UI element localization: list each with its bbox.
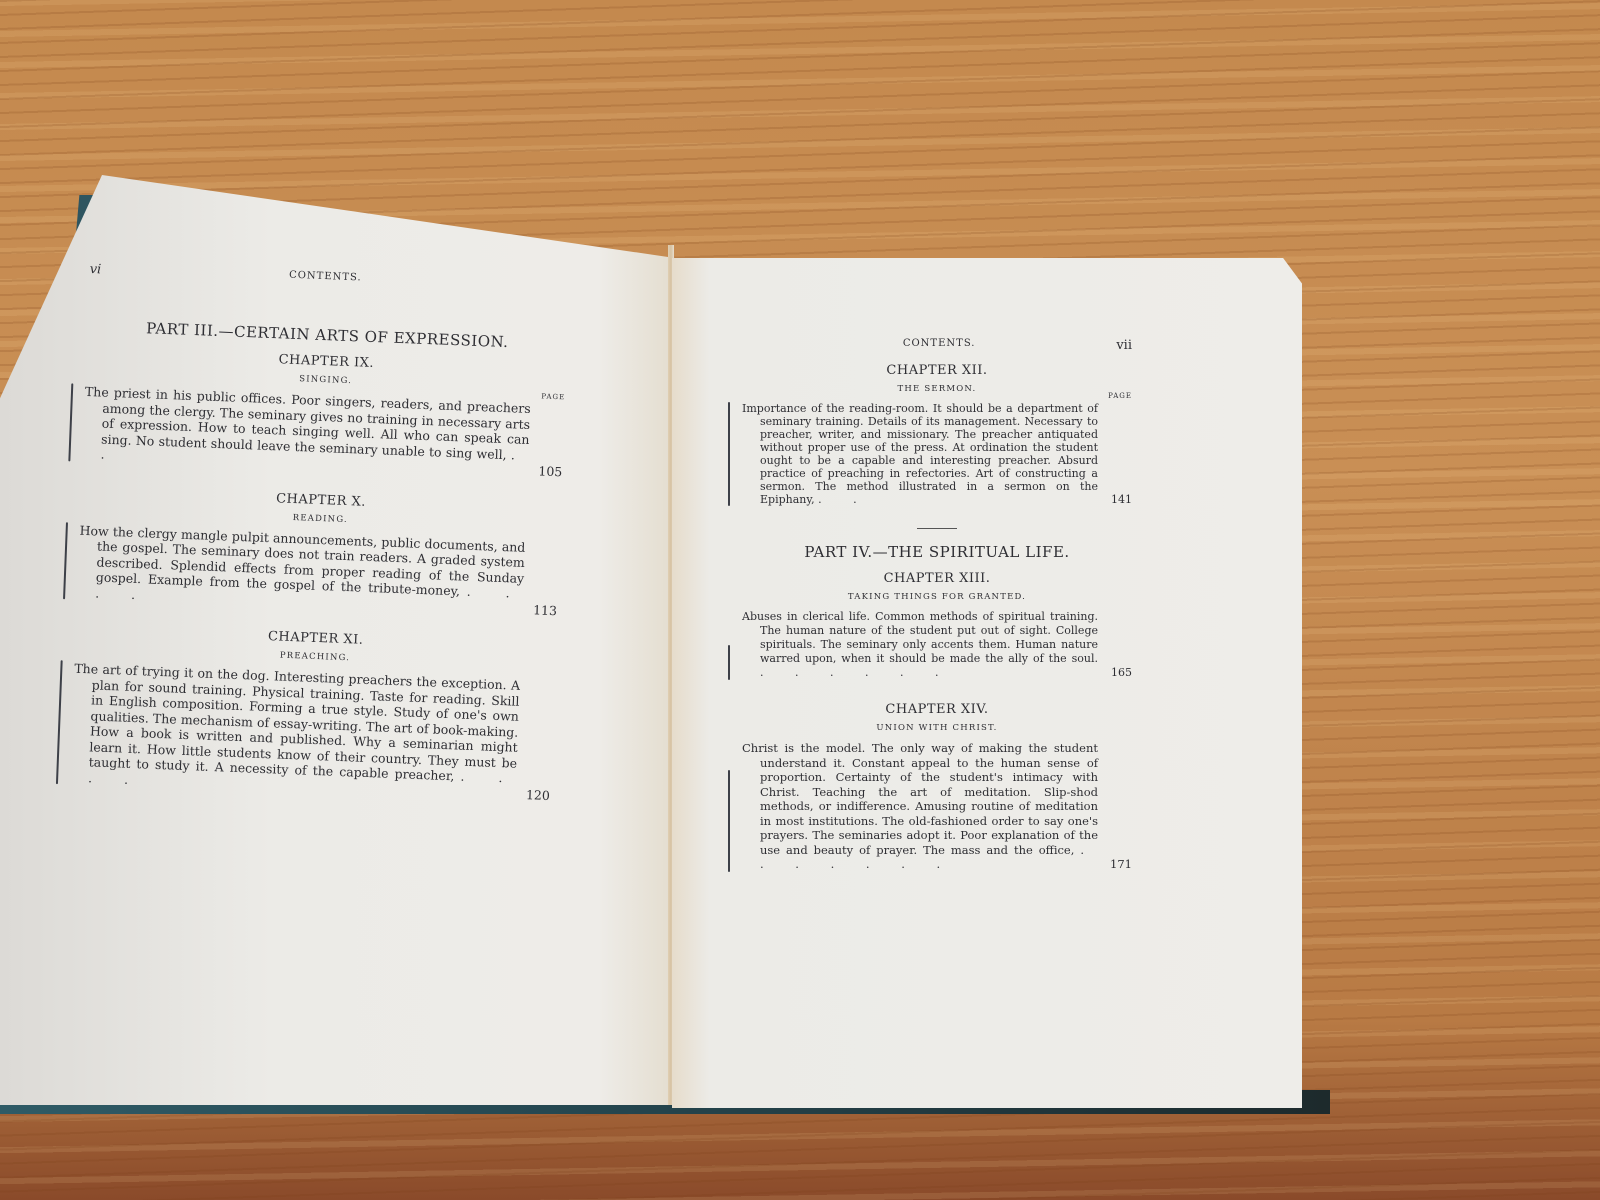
page-number: 105 bbox=[538, 463, 562, 479]
page-number: 113 bbox=[533, 602, 557, 618]
summary-text: The priest in his public offices. Poor s… bbox=[85, 384, 531, 462]
chapter-subtitle: TAKING THINGS FOR GRANTED. bbox=[742, 592, 1132, 602]
chapter-block: CHAPTER XIII. TAKING THINGS FOR GRANTED.… bbox=[742, 571, 1132, 680]
chapter-summary: Abuses in clerical life. Common methods … bbox=[742, 610, 1132, 680]
page-folio: vii bbox=[1116, 338, 1132, 353]
page-number: 141 bbox=[1111, 493, 1132, 506]
dot-leader: . . . . . . bbox=[760, 666, 952, 679]
chapter-block: CHAPTER XI. PREACHING. The art of trying… bbox=[70, 622, 556, 803]
chapter-summary: The art of trying it on the dog. Interes… bbox=[70, 661, 554, 803]
running-head: CONTENTS. vii bbox=[742, 338, 1132, 353]
chapter-summary: How the clergy mangle pulpit announcemen… bbox=[77, 522, 560, 618]
page-folio: vi bbox=[89, 262, 101, 277]
section-divider bbox=[917, 528, 957, 529]
pencil-margin-mark bbox=[728, 402, 730, 506]
chapter-number: CHAPTER XIV. bbox=[742, 702, 1132, 717]
chapter-block: CHAPTER XII. THE SERMON. PAGE Importance… bbox=[742, 363, 1132, 506]
chapter-summary: PAGE Importance of the reading-room. It … bbox=[742, 402, 1132, 506]
page-number: 120 bbox=[526, 787, 550, 803]
pencil-margin-mark bbox=[728, 770, 730, 872]
dot-leader: . . bbox=[818, 493, 871, 506]
pencil-margin-mark bbox=[728, 645, 730, 680]
right-page-content: CONTENTS. vii CHAPTER XII. THE SERMON. P… bbox=[742, 338, 1132, 894]
chapter-block: CHAPTER IX. SINGING. PAGE The priest in … bbox=[82, 345, 566, 480]
page-number: 165 bbox=[1111, 666, 1132, 680]
page-column-label: PAGE bbox=[541, 389, 565, 405]
chapter-number: CHAPTER XII. bbox=[742, 363, 1132, 378]
left-page-content: vi CONTENTS. PART III.—CERTAIN ARTS OF E… bbox=[69, 262, 570, 825]
chapter-summary: Christ is the model. The only way of mak… bbox=[742, 741, 1132, 872]
summary-text: Christ is the model. The only way of mak… bbox=[742, 741, 1098, 857]
part-title: PART IV.—THE SPIRITUAL LIFE. bbox=[742, 543, 1132, 561]
chapter-block: CHAPTER X. READING. How the clergy mangl… bbox=[77, 483, 561, 618]
page-column-label: PAGE bbox=[1108, 390, 1132, 403]
summary-text: Importance of the reading-room. It shoul… bbox=[742, 402, 1098, 506]
chapter-block: CHAPTER XIV. UNION WITH CHRIST. Christ i… bbox=[742, 702, 1132, 872]
summary-text: Abuses in clerical life. Common methods … bbox=[742, 610, 1098, 665]
page-number: 171 bbox=[1110, 857, 1132, 872]
summary-text: The art of trying it on the dog. Interes… bbox=[74, 661, 520, 784]
chapter-subtitle: UNION WITH CHRIST. bbox=[742, 723, 1132, 733]
chapter-subtitle: THE SERMON. bbox=[742, 384, 1132, 394]
running-head-title: CONTENTS. bbox=[762, 338, 1116, 353]
chapter-summary: PAGE The priest in his public offices. P… bbox=[82, 384, 565, 480]
chapter-number: CHAPTER XIII. bbox=[742, 571, 1132, 586]
